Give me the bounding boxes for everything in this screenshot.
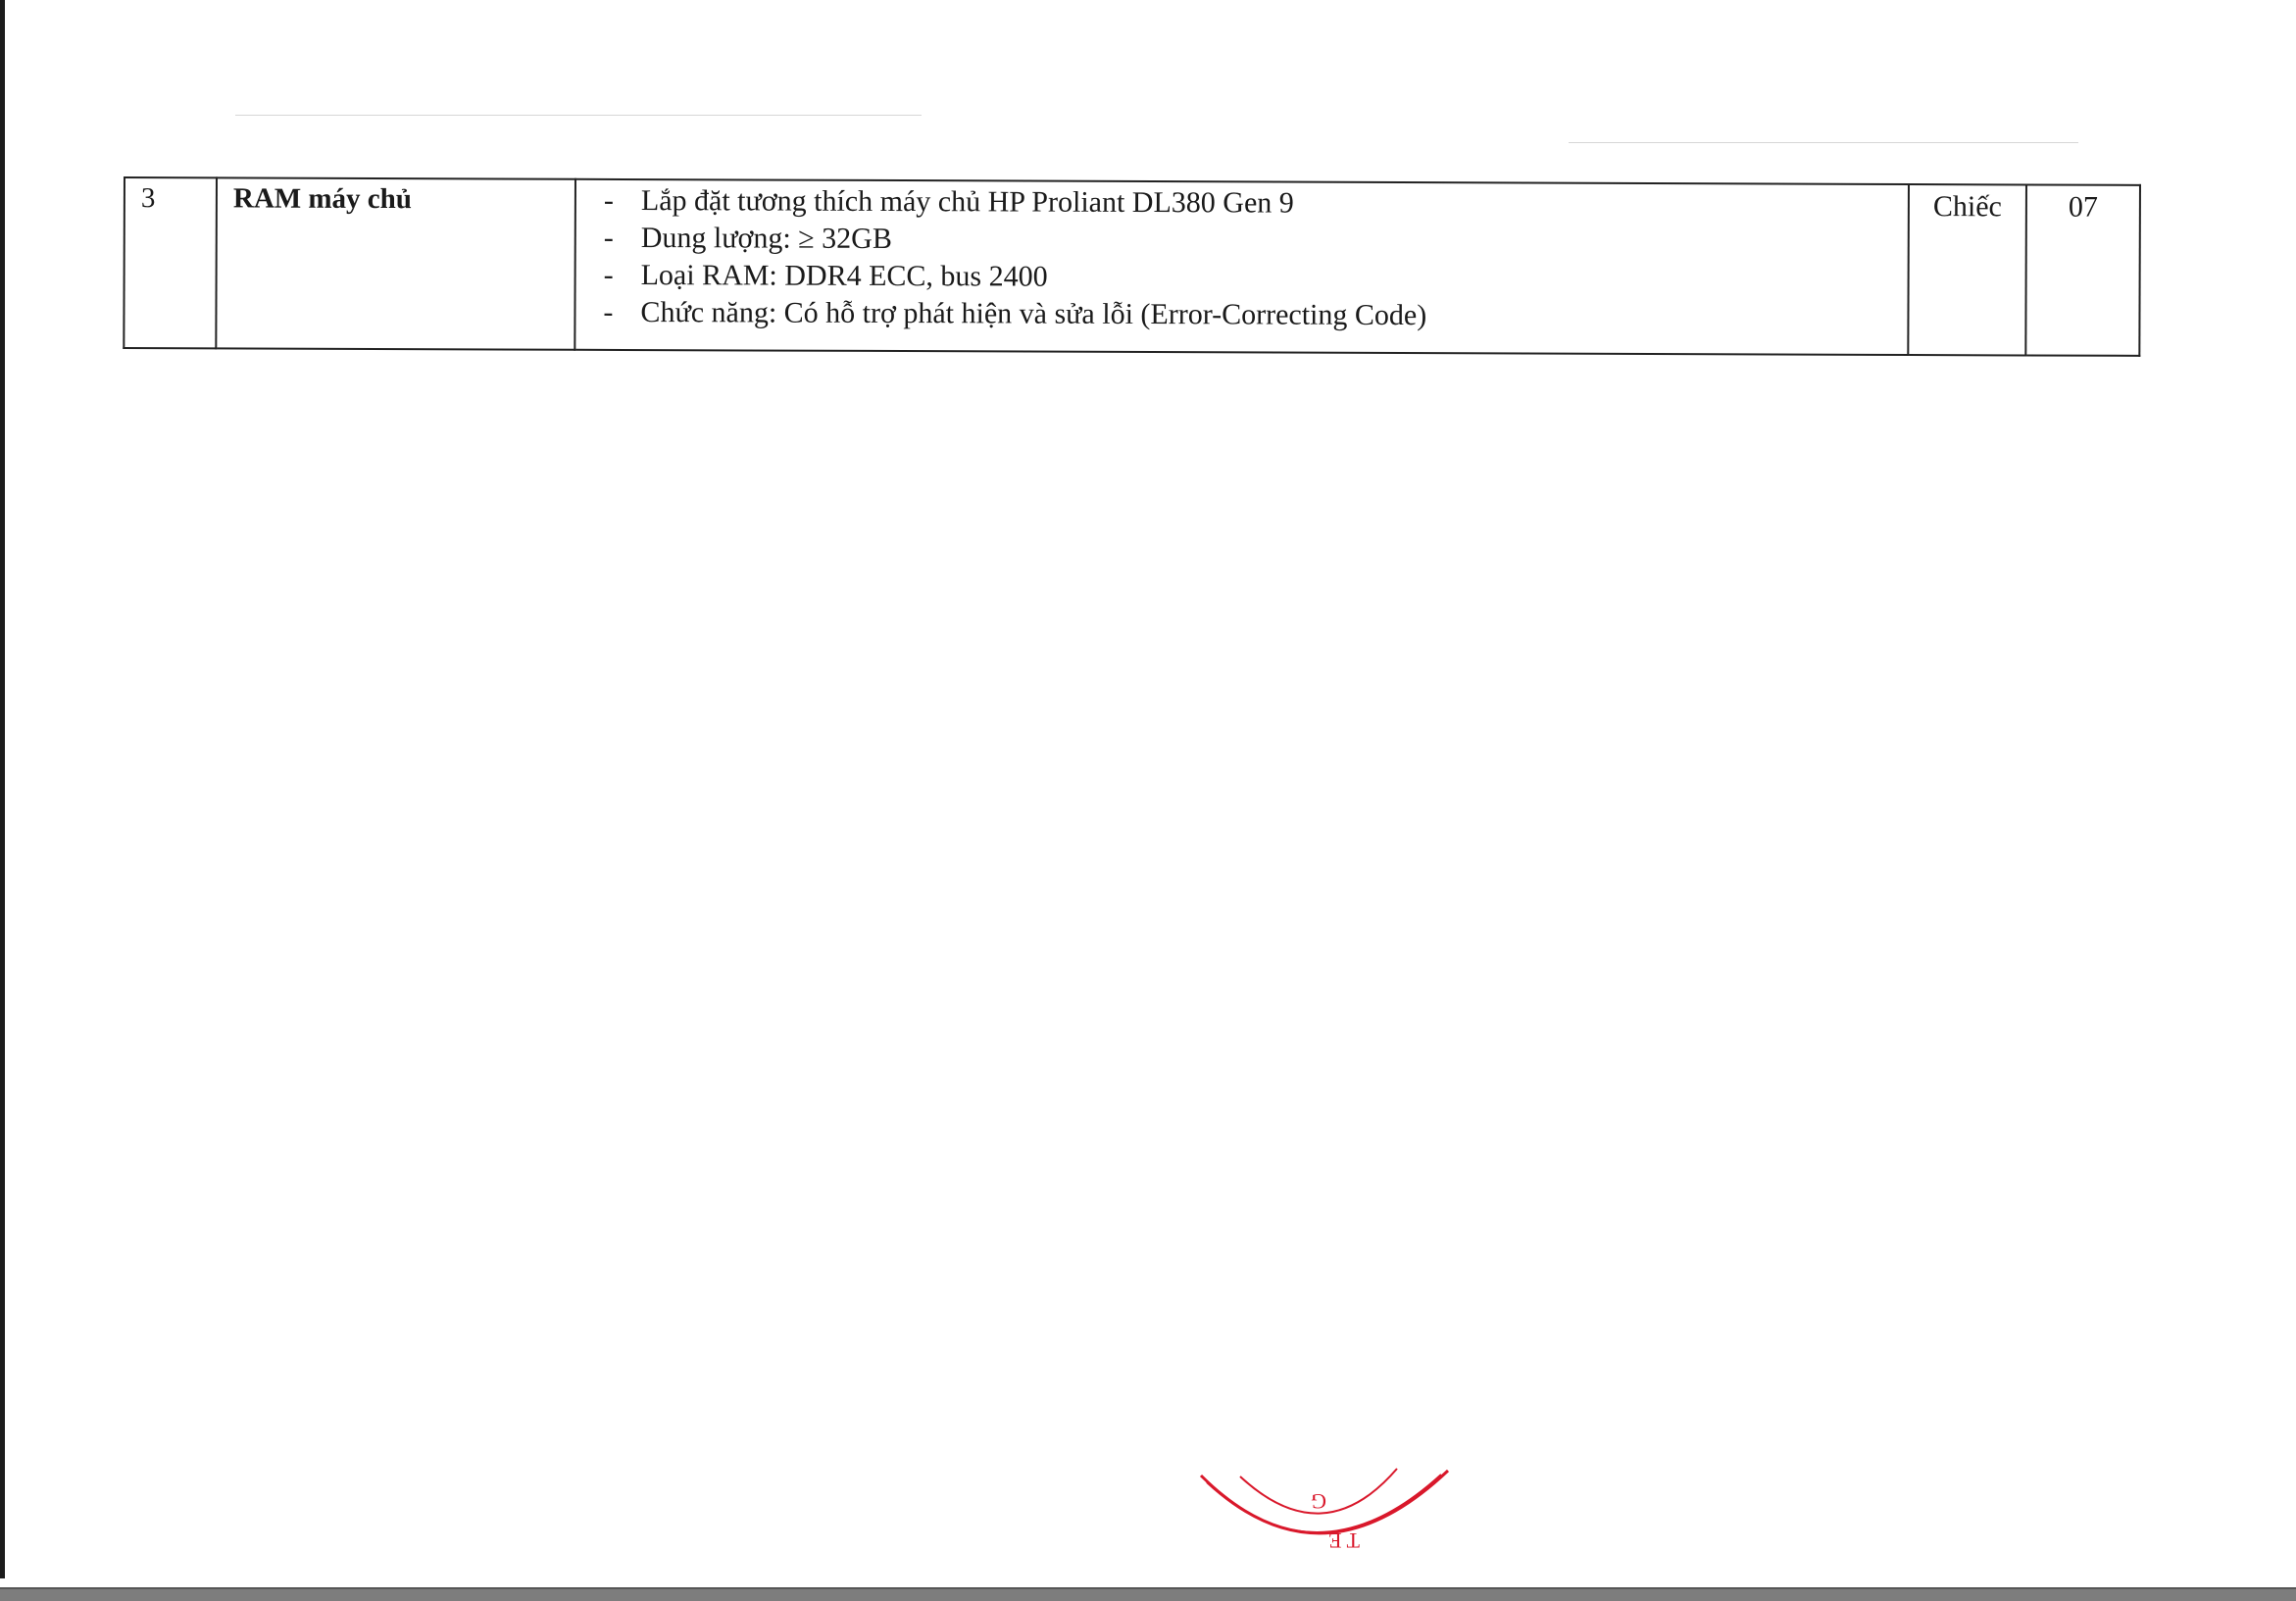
row-number: 3 — [124, 177, 217, 348]
scan-bottom-edge — [0, 1587, 2296, 1601]
item-name: RAM máy chủ — [216, 177, 575, 349]
red-seal-stamp: G T E — [1191, 1461, 1466, 1569]
unit: Chiếc — [1908, 184, 2026, 355]
spec-item: -Lắp đặt tương thích máy chủ HP Proliant… — [576, 182, 1908, 225]
spec-item: -Loại RAM: DDR4 ECC, bus 2400 — [576, 257, 1908, 299]
spec-item: -Chức năng: Có hỗ trợ phát hiện và sửa l… — [575, 294, 1907, 336]
table-row: 3 RAM máy chủ -Lắp đặt tương thích máy c… — [124, 177, 2140, 356]
scan-left-edge — [0, 0, 5, 1578]
spec-list: -Lắp đặt tương thích máy chủ HP Proliant… — [575, 180, 1908, 336]
dash-bullet: - — [576, 257, 641, 294]
dash-bullet: - — [576, 182, 641, 220]
dash-bullet: - — [576, 220, 641, 257]
equipment-spec-table: 3 RAM máy chủ -Lắp đặt tương thích máy c… — [123, 176, 2141, 357]
dash-bullet: - — [575, 294, 640, 331]
scan-artifact-line — [235, 115, 922, 116]
quantity: 07 — [2025, 184, 2140, 355]
spec-item: -Dung lượng: ≥ 32GB — [576, 220, 1908, 262]
item-specifications: -Lắp đặt tương thích máy chủ HP Proliant… — [574, 179, 1909, 355]
stamp-letters: T E — [1328, 1528, 1360, 1553]
scan-artifact-line — [1569, 142, 2078, 143]
spec-text: Loại RAM: DDR4 ECC, bus 2400 — [641, 257, 1048, 296]
spec-text: Chức năng: Có hỗ trợ phát hiện và sửa lỗ… — [640, 294, 1426, 334]
spec-text: Dung lượng: ≥ 32GB — [641, 220, 892, 258]
spec-text: Lắp đặt tương thích máy chủ HP Proliant … — [641, 182, 1294, 223]
stamp-letter: G — [1311, 1489, 1326, 1514]
